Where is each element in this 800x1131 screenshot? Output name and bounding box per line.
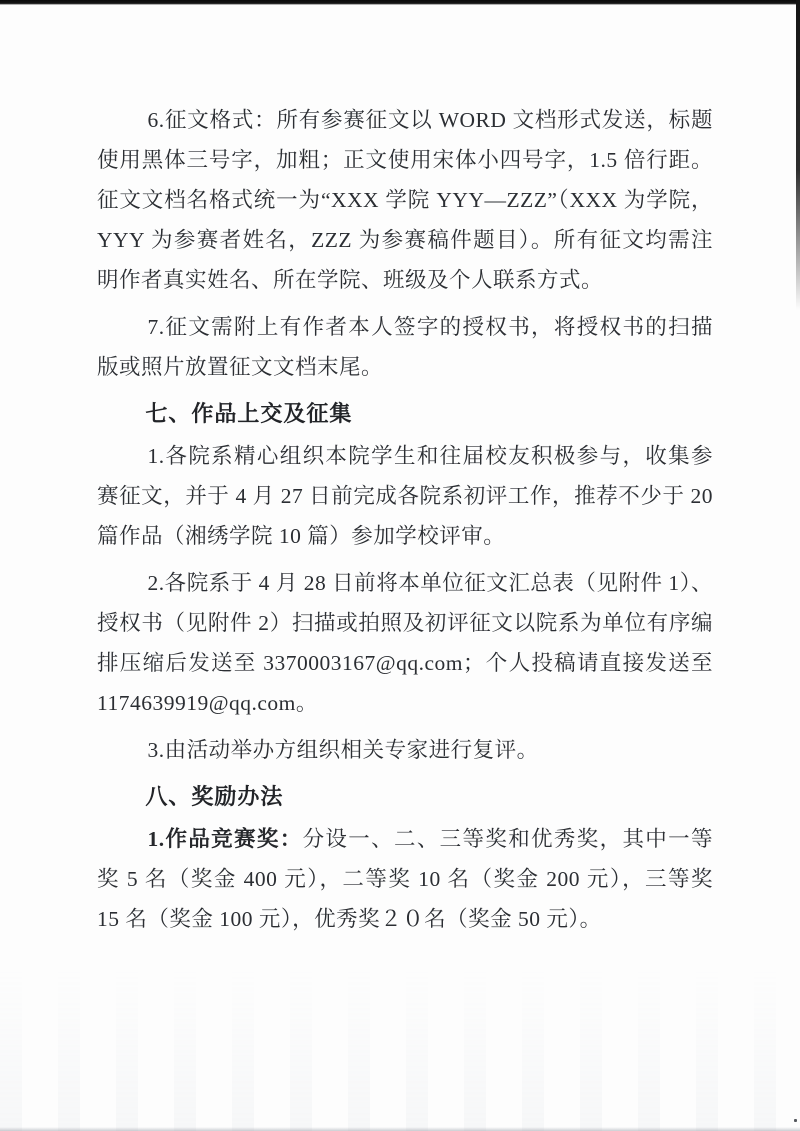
scan-speck (794, 1119, 797, 1122)
section-heading: 八、奖励办法 (97, 777, 713, 817)
scanned-document-page: 6.征文格式：所有参赛征文以 WORD 文档形式发送，标题使用黑体三号字，加粗；… (0, 0, 800, 1131)
scan-edge-right (796, 0, 800, 310)
scan-edge-bottom (0, 1127, 800, 1131)
scan-edge-top (0, 0, 800, 5)
paragraph: 1.各院系精心组织本院学生和往届校友积极参与，收集参赛征文，并于 4 月 27 … (97, 436, 713, 556)
paragraph: 2.各院系于 4 月 28 日前将本单位征文汇总表（见附件 1）、授权书（见附件… (97, 563, 713, 723)
paragraph: 7.征文需附上有作者本人签字的授权书，将授权书的扫描版或照片放置征文文档末尾。 (97, 307, 713, 387)
document-body: 6.征文格式：所有参赛征文以 WORD 文档形式发送，标题使用黑体三号字，加粗；… (97, 100, 713, 946)
paragraph: 6.征文格式：所有参赛征文以 WORD 文档形式发送，标题使用黑体三号字，加粗；… (97, 100, 713, 300)
scan-streaks (0, 951, 800, 1131)
bold-lead: 1.作品竞赛奖： (148, 827, 303, 851)
paragraph: 1.作品竞赛奖：分设一、二、三等奖和优秀奖，其中一等奖 5 名（奖金 400 元… (97, 819, 713, 939)
paragraph: 3.由活动举办方组织相关专家进行复评。 (97, 730, 713, 770)
section-heading: 七、作品上交及征集 (97, 394, 713, 434)
